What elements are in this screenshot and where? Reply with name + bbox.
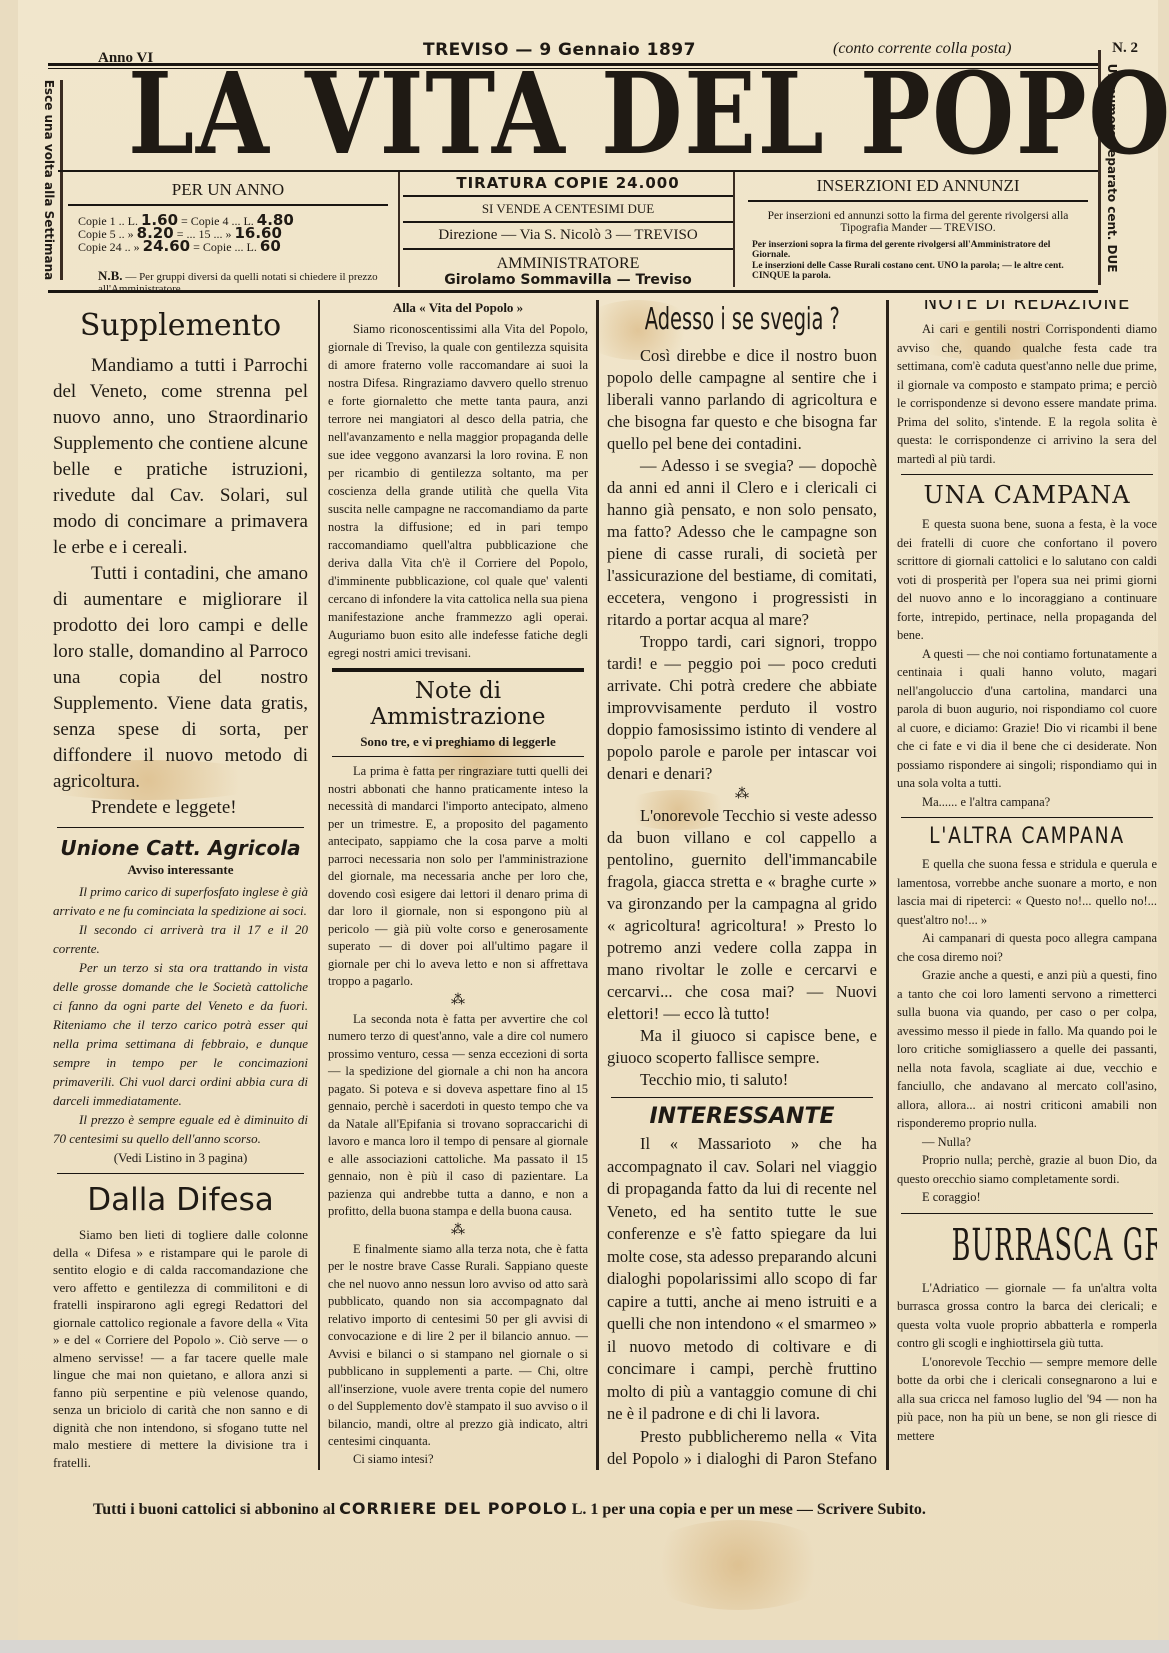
article-title: BURRASCA GROSSA bbox=[952, 1220, 1103, 1271]
admin-title: AMMINISTRATORE bbox=[403, 250, 733, 272]
masthead-title: LA VITA DEL POPOLO bbox=[128, 60, 884, 170]
article-title: L'ALTRA CAMPANA bbox=[917, 824, 1138, 849]
ads-text: Le inserzioni delle Casse Rurali costano… bbox=[752, 261, 1084, 281]
price-row: Copie 5 .. » 8.20 = ... 15 ... » 16.60 bbox=[78, 227, 388, 240]
article-title: INTERESSANTE bbox=[607, 1104, 877, 1129]
article-note-amministrazione: Note di Ammistrazione Sono tre, e vi pre… bbox=[328, 678, 588, 1468]
article-title: Alla « Vita del Popolo » bbox=[328, 300, 588, 316]
divider bbox=[901, 1213, 1153, 1214]
article-burrasca: BURRASCA GROSSA L'Adriatico — giornale —… bbox=[897, 1220, 1157, 1446]
divider bbox=[57, 827, 304, 828]
article-title: Dalla Difesa bbox=[53, 1182, 308, 1218]
article-alla-vita: Alla « Vita del Popolo » Siamo riconosce… bbox=[328, 300, 588, 662]
price-row: Copie 24 .. » 24.60 = Copie ... L. 60 bbox=[78, 240, 388, 253]
subscription-heading: PER UN ANNO bbox=[68, 172, 388, 206]
article-title: Adesso i se svegia ? bbox=[645, 302, 839, 337]
footer-banner: Tutti i buoni cattolici si abbonino al C… bbox=[93, 1499, 1133, 1519]
direzione-address: Direzione — Via S. Nicolò 3 — TREVISO bbox=[403, 223, 733, 250]
divider bbox=[901, 817, 1153, 818]
subscription-box: PER UN ANNO Copie 1 .. L. 1.60 = Copie 4… bbox=[58, 172, 400, 287]
price-line: SI VENDE A CENTESIMI DUE bbox=[403, 197, 733, 223]
footer-brand: CORRIERE DEL POPOLO bbox=[339, 1499, 568, 1518]
ads-text: Per inserzioni sopra la firma del gerent… bbox=[752, 240, 1084, 260]
newspaper-page: Anno VI TREVISO — 9 Gennaio 1897 (conto … bbox=[18, 0, 1158, 1640]
article-title: NOTE DI REDAZIONE bbox=[913, 300, 1142, 314]
asterism: ⁂ bbox=[607, 789, 877, 801]
divider bbox=[332, 668, 584, 672]
column-4: NOTE DI REDAZIONE Ai cari e gentili nost… bbox=[886, 300, 1157, 1470]
article-interessante: INTERESSANTE Il « Massarioto » che ha ac… bbox=[607, 1104, 877, 1470]
divider bbox=[611, 1097, 873, 1098]
article-altra-campana: L'ALTRA CAMPANA E quella che suona fessa… bbox=[897, 824, 1157, 1207]
ads-text: Per inserzioni ed annunzi sotto la firma… bbox=[752, 210, 1084, 234]
scan-edge bbox=[0, 1640, 1169, 1653]
article-subtitle: Avviso interessante bbox=[53, 862, 308, 878]
info-row: PER UN ANNO Copie 1 .. L. 1.60 = Copie 4… bbox=[58, 170, 1098, 297]
article-supplemento: Supplemento Mandiamo a tutti i Parrochi … bbox=[53, 308, 308, 821]
article-title: Unione Catt. Agricola bbox=[53, 836, 308, 860]
article-note-redazione: NOTE DI REDAZIONE Ai cari e gentili nost… bbox=[897, 300, 1157, 468]
price-row: Copie 1 .. L. 1.60 = Copie 4 ... L. 4.80 bbox=[78, 214, 388, 227]
article-title: Supplemento bbox=[53, 308, 308, 343]
column-1: Supplemento Mandiamo a tutti i Parrochi … bbox=[53, 300, 308, 1470]
article-unione: Unione Catt. Agricola Avviso interessant… bbox=[53, 836, 308, 1167]
divider bbox=[332, 756, 584, 757]
article-title: UNA CAMPANA bbox=[897, 481, 1157, 509]
article-una-campana: UNA CAMPANA E questa suona bene, suona a… bbox=[897, 481, 1157, 811]
ads-box: INSERZIONI ED ANNUNZI Per inserzioni ed … bbox=[738, 172, 1098, 287]
asterism: ⁂ bbox=[328, 995, 588, 1007]
price-table: Copie 1 .. L. 1.60 = Copie 4 ... L. 4.80… bbox=[78, 214, 388, 262]
asterism: ⁂ bbox=[328, 1225, 588, 1237]
column-3: Adesso i se svegia ? Così direbbe e dice… bbox=[596, 300, 877, 1470]
circulation-box: TIRATURA COPIE 24.000 SI VENDE A CENTESI… bbox=[403, 172, 735, 287]
article-difesa: Dalla Difesa Siamo ben lieti di togliere… bbox=[53, 1182, 308, 1470]
article-adesso: Adesso i se svegia ? Così direbbe e dice… bbox=[607, 302, 877, 1091]
divider bbox=[57, 1173, 304, 1174]
divider bbox=[901, 474, 1153, 475]
circulation-count: TIRATURA COPIE 24.000 bbox=[403, 172, 733, 197]
admin-name: Girolamo Sommavilla — Treviso bbox=[403, 272, 733, 288]
article-title: Note di Ammistrazione bbox=[328, 678, 588, 730]
article-subtitle: Sono tre, e vi preghiamo di leggerle bbox=[328, 734, 588, 750]
paper-stain bbox=[638, 1520, 838, 1610]
column-2: Alla « Vita del Popolo » Siamo riconosce… bbox=[318, 300, 588, 1470]
ads-heading: INSERZIONI ED ANNUNZI bbox=[748, 172, 1088, 202]
divider bbox=[48, 290, 1098, 293]
